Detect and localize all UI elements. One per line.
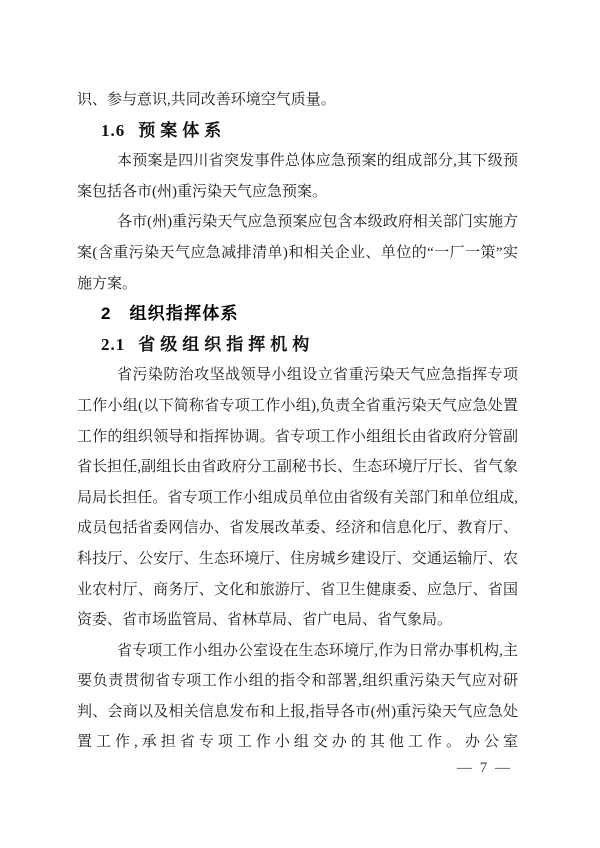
section-number: 2.1 bbox=[101, 335, 125, 354]
section-heading-2: 2组织指挥体系 bbox=[77, 299, 518, 330]
section-title: 省级组织指挥机构 bbox=[138, 335, 314, 354]
paragraph-continuation: 识、参与意识,共同改善环境空气质量。 bbox=[77, 85, 518, 116]
section-title: 组织指挥体系 bbox=[129, 304, 238, 323]
section-heading-2-1: 2.1省级组织指挥机构 bbox=[77, 330, 518, 361]
section-number: 2 bbox=[101, 304, 110, 323]
paragraph-provincial-group: 省污染防治攻坚战领导小组设立省重污染天气应急指挥专项工作小组(以下简称省专项工作… bbox=[77, 360, 518, 635]
paragraph-plan-system-1: 本预案是四川省突发事件总体应急预案的组成部分,其下级预案包括各市(州)重污染天气… bbox=[77, 146, 518, 207]
section-number: 1.6 bbox=[101, 121, 125, 140]
paragraph-plan-system-2: 各市(州)重污染天气应急预案应包含本级政府相关部门实施方案(含重污染天气应急减排… bbox=[77, 207, 518, 299]
document-page: 识、参与意识,共同改善环境空气质量。 1.6预案体系 本预案是四川省突发事件总体… bbox=[0, 0, 600, 848]
page-number: — 7 — bbox=[457, 760, 512, 777]
section-title: 预案体系 bbox=[138, 121, 226, 140]
section-heading-1-6: 1.6预案体系 bbox=[77, 116, 518, 147]
page-content: 识、参与意识,共同改善环境空气质量。 1.6预案体系 本预案是四川省突发事件总体… bbox=[77, 85, 518, 758]
paragraph-office: 省专项工作小组办公室设在生态环境厅,作为日常办事机构,主要负责贯彻省专项工作小组… bbox=[77, 636, 518, 758]
